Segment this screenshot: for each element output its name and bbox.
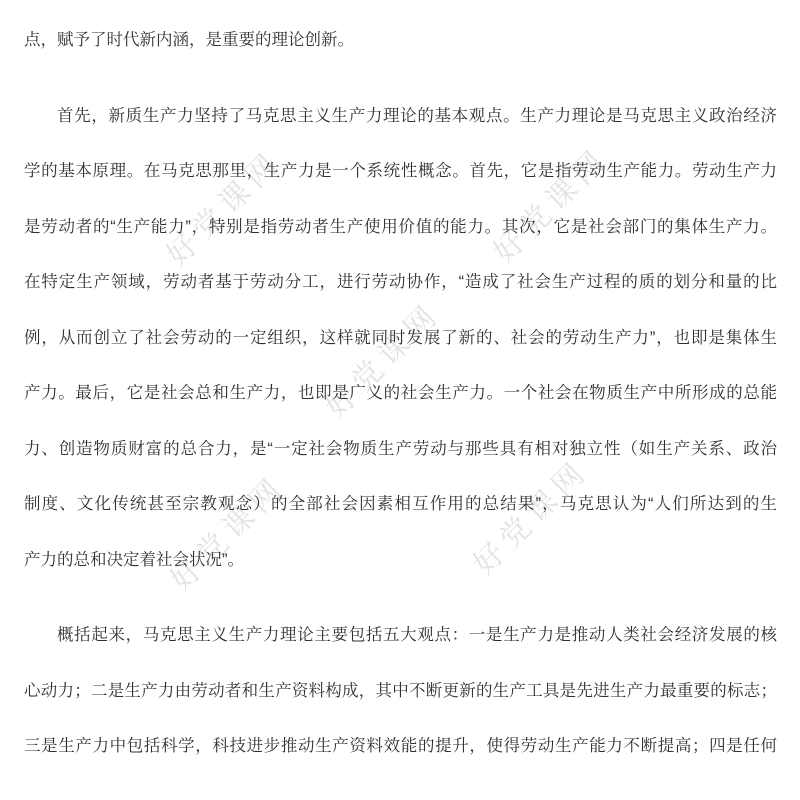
text-line: 心动力；二是生产力由劳动者和生产资料构成，其中不断更新的生产工具是先进生产力最重…	[24, 664, 777, 720]
text-line: 产力的总和决定着社会状况”。	[24, 533, 777, 589]
text-line: 制度、文化传统甚至宗教观念）的全部社会因素相互作用的总结果”，马克思认为“人们所…	[24, 477, 777, 533]
text-line: 首先，新质生产力坚持了马克思主义生产力理论的基本观点。生产力理论是马克思主义政治…	[24, 89, 777, 145]
text-line: 学的基本原理。在马克思那里，生产力是一个系统性概念。首先，它是指劳动生产能力。劳…	[24, 144, 777, 200]
text-line: 是劳动者的“生产能力”，特别是指劳动者生产使用价值的能力。其次，它是社会部门的集…	[24, 200, 777, 256]
text-line: 三是生产力中包括科学，科技进步推动生产资料效能的提升，使得劳动生产能力不断提高；…	[24, 719, 777, 775]
text-line: 力、创造物质财富的总合力，是“一定社会物质生产劳动与那些具有相对独立性（如生产关…	[24, 422, 777, 478]
text-line: 点，赋予了时代新内涵，是重要的理论创新。	[24, 13, 777, 69]
text-line: 例，从而创立了社会劳动的一定组织，这样就同时发展了新的、社会的劳动生产力”，也即…	[24, 311, 777, 367]
text-line: 在特定生产领域，劳动者基于劳动分工，进行劳动协作，“造成了社会生产过程的质的划分…	[24, 255, 777, 311]
text-line: 产力。最后，它是社会总和生产力，也即是广义的社会生产力。一个社会在物质生产中所形…	[24, 366, 777, 422]
document-page: 好党课网 好党课网 好党课网 好党课网 好党课网 点，赋予了时代新内涵，是重要的…	[0, 0, 800, 800]
document-body: 点，赋予了时代新内涵，是重要的理论创新。首先，新质生产力坚持了马克思主义生产力理…	[0, 0, 800, 775]
text-line: 概括起来，马克思主义生产力理论主要包括五大观点：一是生产力是推动人类社会经济发展…	[24, 608, 777, 664]
